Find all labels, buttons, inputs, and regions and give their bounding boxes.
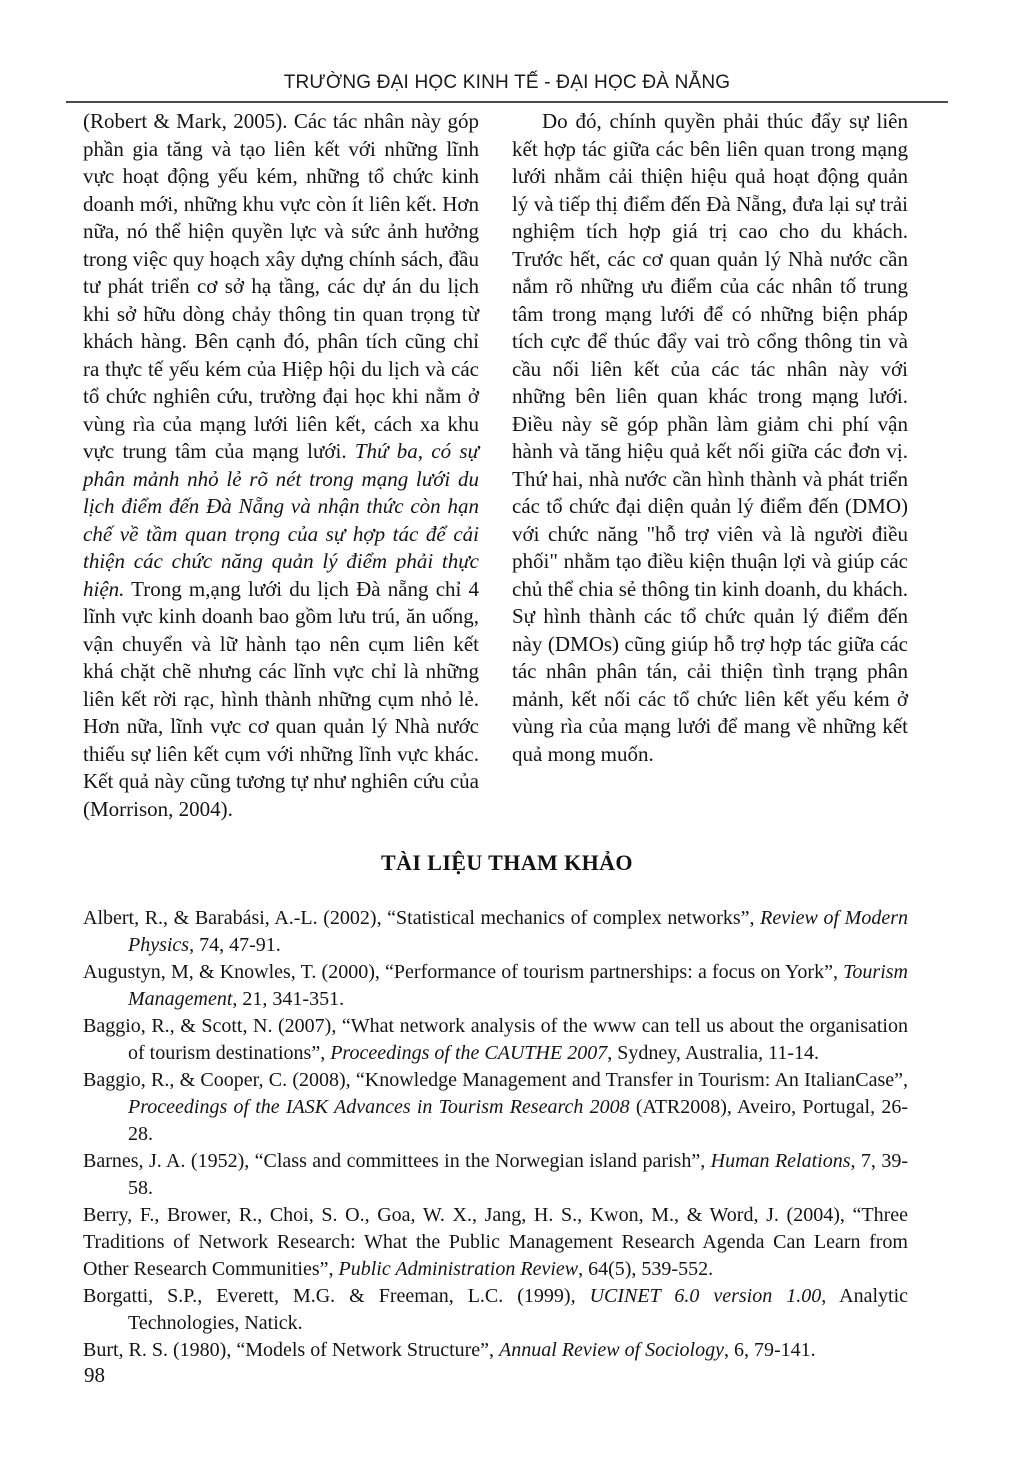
right-column: Do đó, chính quyền phải thúc đẩy sự liên… [512,108,908,823]
references-heading: TÀI LIỆU THAM KHẢO [0,850,1014,876]
header-rule [66,101,948,103]
reference-item: Berry, F., Brower, R., Choi, S. O., Goa,… [83,1202,908,1283]
running-header: TRƯỜNG ĐẠI HỌC KINH TẾ - ĐẠI HỌC ĐÀ NẴNG [0,71,1014,95]
reference-item: Augustyn, M, & Knowles, T. (2000), “Perf… [83,959,908,1013]
reference-item: Baggio, R., & Cooper, C. (2008), “Knowle… [83,1067,908,1148]
reference-item: Burt, R. S. (1980), “Models of Network S… [83,1337,908,1364]
left-column-text: (Robert & Mark, 2005). Các tác nhân này … [83,108,479,823]
right-column-text: Do đó, chính quyền phải thúc đẩy sự liên… [512,108,908,768]
reference-item: Baggio, R., & Scott, N. (2007), “What ne… [83,1013,908,1067]
document-page: TRƯỜNG ĐẠI HỌC KINH TẾ - ĐẠI HỌC ĐÀ NẴNG… [0,0,1014,1470]
content-columns: (Robert & Mark, 2005). Các tác nhân này … [83,108,908,823]
reference-item: Barnes, J. A. (1952), “Class and committ… [83,1148,908,1202]
header-title: TRƯỜNG ĐẠI HỌC KINH TẾ - ĐẠI HỌC ĐÀ NẴNG [284,72,731,93]
references-list: Albert, R., & Barabási, A.-L. (2002), “S… [83,905,908,1364]
reference-item: Borgatti, S.P., Everett, M.G. & Freeman,… [83,1283,908,1337]
left-column: (Robert & Mark, 2005). Các tác nhân này … [83,108,479,823]
reference-item: Albert, R., & Barabási, A.-L. (2002), “S… [83,905,908,959]
page-number: 98 [84,1363,105,1388]
